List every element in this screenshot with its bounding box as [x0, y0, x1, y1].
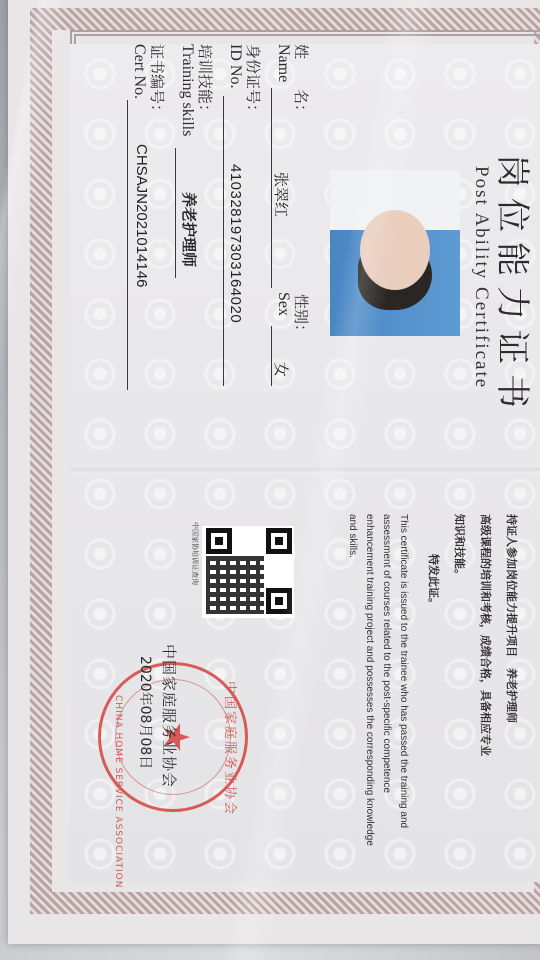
cert-label-cn: 证书编号：	[147, 44, 168, 119]
qr-caption: 中国家协培训证查询	[190, 522, 200, 585]
title-english: Post Ability Certificate	[470, 166, 492, 389]
certificate-content: 岗位能力证书 Post Ability Certificate 姓 名： Nam…	[70, 44, 540, 882]
qr-finder-top-left	[266, 528, 292, 554]
issuer-name: 中国家庭服务业协会	[159, 644, 180, 788]
sex-label-cn: 性别：	[291, 294, 312, 339]
id-label-en: ID No.	[226, 44, 244, 88]
sex-value: 女	[271, 362, 292, 377]
skill-label-cn: 培训技能：	[195, 44, 216, 119]
body-cn-line2: 高级课程的培训和考核，成绩合格，具备相应专业	[472, 514, 498, 864]
qr-modules	[206, 556, 264, 614]
name-value: 张翠红	[271, 172, 292, 217]
sex-label-en: Sex	[274, 292, 292, 316]
qr-finder-top-right	[266, 588, 292, 614]
skill-label-en: Training skills	[178, 44, 196, 136]
title-chinese: 岗位能力证书	[491, 154, 540, 418]
name-label-en: Name	[274, 44, 292, 82]
cert-underline	[127, 100, 128, 390]
photo-face	[360, 210, 430, 290]
holder-photo	[330, 170, 460, 336]
id-label-cn: 身份证号：	[243, 44, 264, 119]
seal-ring-text: 中国家庭服务业协会	[222, 681, 241, 816]
qr-finder-bottom-left	[206, 528, 232, 554]
cert-value: CHSAJN2021014146	[133, 144, 150, 287]
seal-ring-text-en: CHINA HOME SERVICE ASSOCIATION	[113, 695, 123, 888]
skill-underline	[175, 148, 176, 278]
id-underline	[223, 96, 224, 386]
skill-value: 养老护理师	[179, 192, 200, 267]
id-value: 410328197303164020	[227, 164, 244, 323]
body-cn-line1: 持证人参加岗位能力提升项目 养老护理师	[498, 514, 524, 864]
issue-date: 2020年08月08日	[136, 656, 156, 769]
body-english: This certificate is issued to the traine…	[344, 514, 412, 854]
body-cn-line3: 知识和技能。	[446, 514, 472, 864]
verification-qr-code[interactable]	[202, 526, 294, 618]
name-label-cn: 姓 名：	[291, 44, 312, 119]
cert-label-en: Cert No.	[130, 44, 148, 99]
body-chinese: 持证人参加岗位能力提升项目 养老护理师 高级课程的培训和考核，成绩合格，具备相应…	[420, 514, 524, 864]
body-cn-line4: 特发此证。	[420, 514, 446, 864]
